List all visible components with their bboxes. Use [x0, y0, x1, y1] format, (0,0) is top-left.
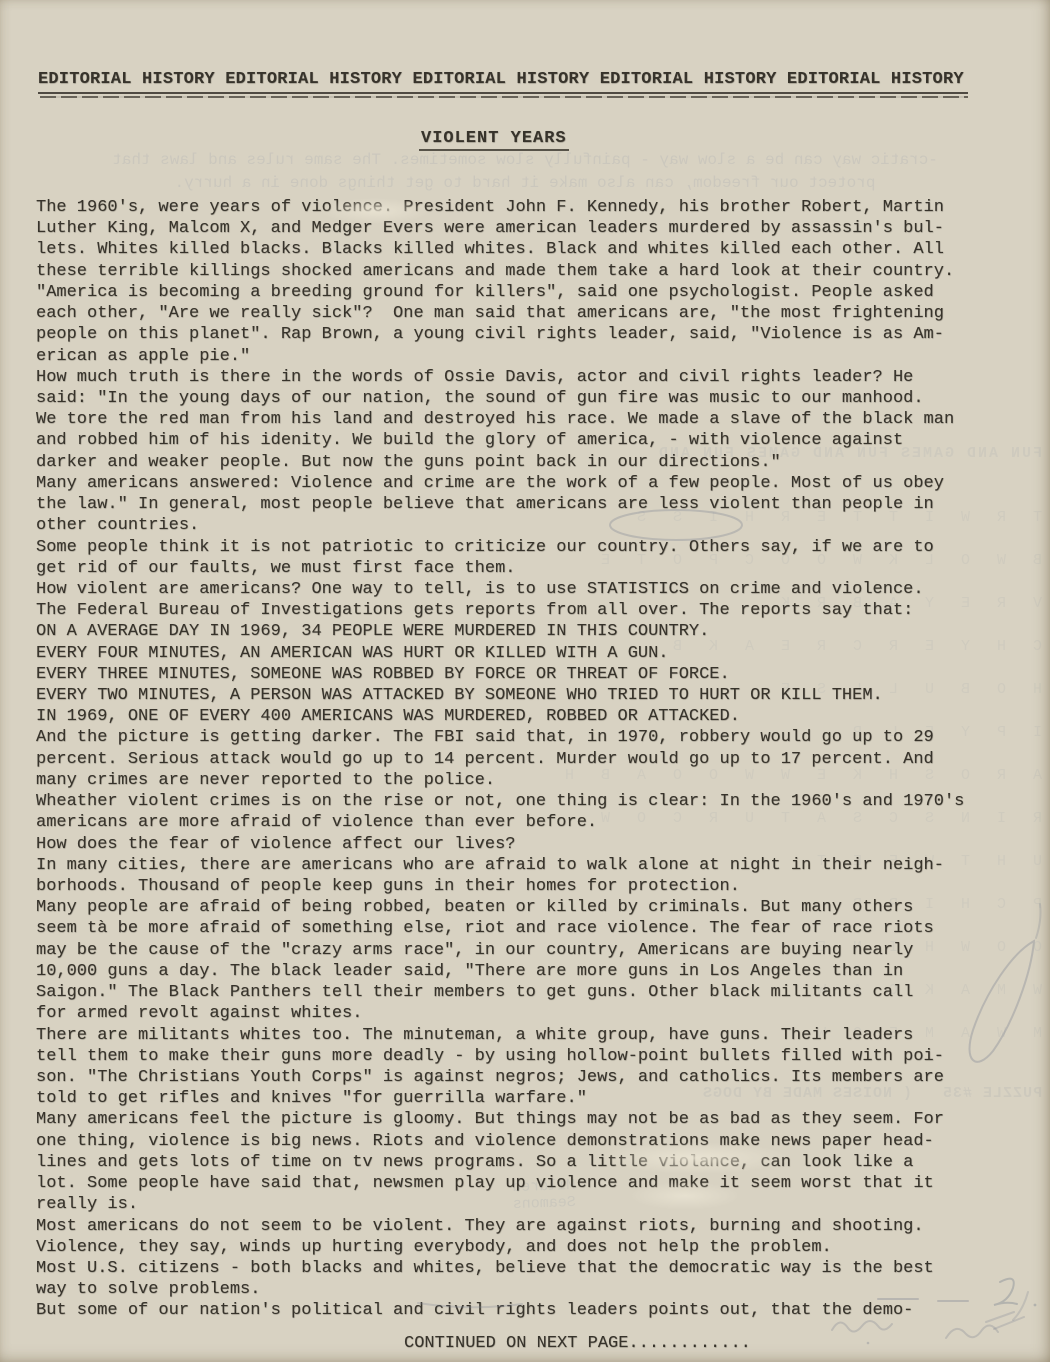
pencil-dot: [1034, 1304, 1037, 1307]
typed-line: ON A AVERAGE DAY IN 1969, 34 PEOPLE WERE…: [36, 621, 996, 642]
typed-line: get rid of our faults, we must first fac…: [36, 558, 996, 579]
body-text: The 1960's, were years of violence. Pres…: [36, 197, 996, 1322]
typed-line: In many cities, there are americans who …: [36, 855, 996, 876]
typed-line: for armed revolt against whites.: [36, 1003, 996, 1024]
typed-line: erican as apple pie.": [36, 346, 996, 367]
typed-line: percent. Serious attack would go up to 1…: [36, 749, 996, 770]
typed-line: borhoods. Thousand of people keep guns i…: [36, 876, 996, 897]
typed-line: many crimes are never reported to the po…: [36, 770, 996, 791]
page-title: VIOLENT YEARS: [419, 129, 569, 151]
footer-continued: CONTINUED ON NEXT PAGE............: [404, 1334, 751, 1353]
bleedthrough-line: -cratic way can be a slow way - painfull…: [0, 151, 1050, 169]
pencil-squiggle: [994, 1279, 1017, 1305]
typed-line: tell them to make their guns more deadly…: [36, 1046, 996, 1067]
pencil-scribble: [1013, 1292, 1028, 1320]
typed-line: IN 1969, ONE OF EVERY 400 AMERICANS WAS …: [36, 706, 996, 727]
typed-line: We tore the red man from his land and de…: [36, 409, 996, 430]
typed-line: and robbed him of his idenity. We build …: [36, 430, 996, 451]
pencil-scribble: [832, 1321, 892, 1332]
typed-line: other countries.: [36, 515, 996, 536]
typed-line: Violence, they say, winds up hurting eve…: [36, 1237, 996, 1258]
typed-line: And the picture is getting darker. The F…: [36, 727, 996, 748]
typed-line: EVERY TWO MINUTES, A PERSON WAS ATTACKED…: [36, 685, 996, 706]
typed-line: way to solve problems.: [36, 1279, 996, 1300]
typed-line: really is.: [36, 1194, 996, 1215]
typed-line: Many americans answered: Violence and cr…: [36, 473, 996, 494]
typed-line: told to get rifles and knives "for guerr…: [36, 1088, 996, 1109]
document-page: -cratic way can be a slow way - painfull…: [0, 0, 1050, 1362]
typed-line: The Federal Bureau of Investigations get…: [36, 600, 996, 621]
typed-line: each other, "Are we really sick"? One ma…: [36, 303, 996, 324]
typed-line: Wheather violent crimes is on the rise o…: [36, 791, 996, 812]
typed-line: Many people are afraid of being robbed, …: [36, 897, 996, 918]
typed-line: seem tà be more afraid of something else…: [36, 918, 996, 939]
typed-line: Many americans feel the picture is gloom…: [36, 1109, 996, 1130]
typed-line: lets. Whites killed blacks. Blacks kille…: [36, 239, 996, 260]
typed-line: The 1960's, were years of violence. Pres…: [36, 197, 996, 218]
typed-line: 10,000 guns a day. The black leader said…: [36, 961, 996, 982]
typed-line: americans are more afraid of violence th…: [36, 812, 996, 833]
typed-line: But some of our nation's political and c…: [36, 1300, 996, 1321]
typed-line: How much truth is there in the words of …: [36, 367, 996, 388]
typed-line: Some people think it is not patriotic to…: [36, 537, 996, 558]
typed-line: Saigon." The Black Panthers tell their m…: [36, 982, 996, 1003]
typed-line: son. "The Christians Youth Corps" is aga…: [36, 1067, 996, 1088]
header-banner: EDITORIAL HISTORY EDITORIAL HISTORY EDIT…: [38, 70, 968, 94]
pencil-dot: [867, 1342, 870, 1345]
typed-line: the law." In general, most people believ…: [36, 494, 996, 515]
typed-line: How does the fear of violence affect our…: [36, 834, 996, 855]
typed-line: There are militants whites too. The minu…: [36, 1025, 996, 1046]
typed-line: these terrible killings shocked american…: [36, 261, 996, 282]
typed-line: "America is becoming a breeding ground f…: [36, 282, 996, 303]
typed-line: Luther King, Malcom X, and Medger Evers …: [36, 218, 996, 239]
typed-line: people on this planet". Rap Brown, a you…: [36, 324, 996, 345]
pencil-scribble: [946, 1325, 998, 1338]
typed-line: How violent are americans? One way to te…: [36, 579, 996, 600]
typed-line: EVERY THREE MINUTES, SOMEONE WAS ROBBED …: [36, 664, 996, 685]
typed-line: Most americans do not seem to be violent…: [36, 1216, 996, 1237]
typed-line: lines and gets lots of time on tv news p…: [36, 1152, 996, 1173]
typed-line: may be the cause of the "crazy arms race…: [36, 940, 996, 961]
typed-line: EVERY FOUR MINUTES, AN AMERICAN WAS HURT…: [36, 643, 996, 664]
typed-line: one thing, violence is big news. Riots a…: [36, 1131, 996, 1152]
typed-line: darker and weaker people. But now the gu…: [36, 452, 996, 473]
typed-line: lot. Some people have said that, newsmen…: [36, 1173, 996, 1194]
typed-line: said: "In the young days of our nation, …: [36, 388, 996, 409]
bleedthrough-line: protect our freedom, can also make it ha…: [0, 174, 1050, 192]
typed-line: Most U.S. citizens - both blacks and whi…: [36, 1258, 996, 1279]
